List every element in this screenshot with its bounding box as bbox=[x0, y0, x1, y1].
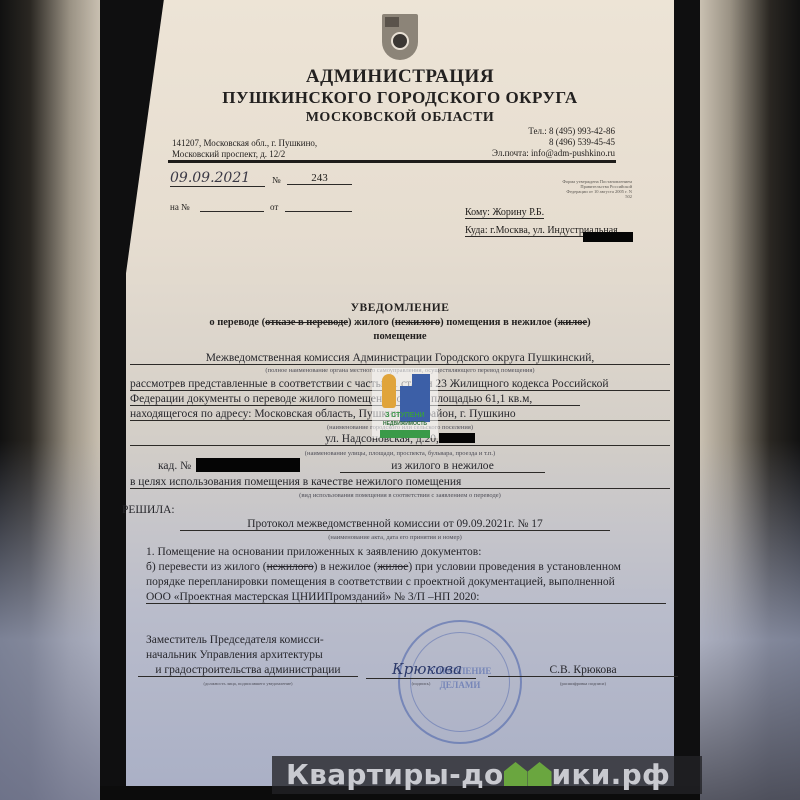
email: Эл.почта: info@adm-pushkino.ru bbox=[460, 148, 615, 158]
decision-item-b-line2: порядке перепланировки помещения в соотв… bbox=[146, 576, 615, 588]
conversion-type: из жилого в нежилое bbox=[340, 460, 545, 473]
signer-position-line2: начальник Управления архитектуры bbox=[146, 649, 323, 661]
protocol-reference: Протокол межведомственной комиссии от 09… bbox=[180, 518, 610, 531]
ref-number-label: на № bbox=[170, 202, 190, 212]
number-label: № bbox=[272, 175, 281, 185]
document-number: 243 bbox=[287, 172, 352, 185]
org-name-line3: МОСКОВСКОЙ ОБЛАСТИ bbox=[0, 110, 800, 126]
caption-name: (расшифровка подписи) bbox=[488, 681, 678, 686]
address-line1: 141207, Московская обл., г. Пушкино, bbox=[172, 138, 317, 148]
cadastral-label: кад. № bbox=[158, 460, 191, 472]
caption-position: (должность лица, подписавшего уведомлени… bbox=[138, 681, 358, 686]
person-icon bbox=[382, 374, 396, 408]
signer-position-line3: и градостроительства администрации bbox=[138, 664, 358, 677]
recipient-name: Кому: Жорину Р.Б. bbox=[465, 207, 544, 219]
notification-document: АДМИНИСТРАЦИЯ ПУШКИНСКОГО ГОРОДСКОГО ОКР… bbox=[0, 0, 800, 800]
signer-name: С.В. Крюкова bbox=[488, 664, 678, 677]
redacted-apartment bbox=[439, 433, 475, 443]
ref-from-label: от bbox=[270, 202, 278, 212]
purpose: в целях использования помещения в качест… bbox=[130, 476, 670, 489]
caption-purpose: (вид использования помещения в соответст… bbox=[130, 492, 670, 499]
phone-2: 8 (496) 539-45-45 bbox=[500, 137, 615, 147]
body-line2: Федерации документы о переводе жилого по… bbox=[130, 393, 580, 406]
caption-street: (наименование улицы, площади, проспекта,… bbox=[130, 450, 670, 457]
site-watermark-text: Квартиры-доики.рф bbox=[286, 758, 670, 791]
decided-label: РЕШИЛА: bbox=[122, 504, 175, 516]
notice-subtitle-line2: помещение bbox=[0, 331, 800, 342]
commission-name: Межведомственная комиссия Администрации … bbox=[130, 352, 670, 365]
house-icon bbox=[528, 762, 552, 786]
address-line2: Московский проспект, д. 12/2 bbox=[172, 149, 285, 159]
caption-signature: (подпись) bbox=[366, 681, 476, 686]
phone-1: Тел.: 8 (495) 993-42-86 bbox=[500, 126, 615, 136]
date-handwritten: 09.09.2021 bbox=[170, 170, 265, 187]
decision-item-b: б) перевести из жилого (нежилого) в нежи… bbox=[146, 561, 621, 573]
redacted-cadastral-number bbox=[196, 458, 300, 472]
house-icon bbox=[504, 762, 528, 786]
ref-date-field bbox=[285, 200, 352, 212]
ref-number-field bbox=[200, 200, 264, 212]
header-divider bbox=[168, 160, 616, 163]
org-name-line1: АДМИНИСТРАЦИЯ bbox=[0, 66, 800, 88]
notice-title: УВЕДОМЛЕНИЕ bbox=[0, 302, 800, 314]
handwritten-signature: Крюкова bbox=[392, 660, 462, 678]
signature-line bbox=[366, 678, 476, 679]
form-approval-note: Форма утверждена Постановлением Правител… bbox=[560, 179, 632, 199]
decision-item1: 1. Помещение на основании приложенных к … bbox=[146, 546, 481, 558]
caption-protocol: (наименование акта, дата его принятия и … bbox=[180, 534, 610, 541]
watermark-logo: 3 СТУПЕНИ НЕДВИЖИМОСТЬ bbox=[372, 368, 438, 438]
redacted-address bbox=[583, 232, 633, 242]
notice-subtitle: о переводе (отказе в переводе) жилого (н… bbox=[0, 317, 800, 328]
coat-of-arms-icon bbox=[382, 14, 418, 60]
site-watermark-banner: Квартиры-доики.рф bbox=[272, 756, 702, 794]
decision-item-b-line3: ООО «Проектная мастерская ЦНИИПромзданий… bbox=[146, 591, 666, 604]
signer-position-line1: Заместитель Председателя комисси- bbox=[146, 634, 324, 646]
org-name-line2: ПУШКИНСКОГО ГОРОДСКОГО ОКРУГА bbox=[0, 88, 800, 108]
